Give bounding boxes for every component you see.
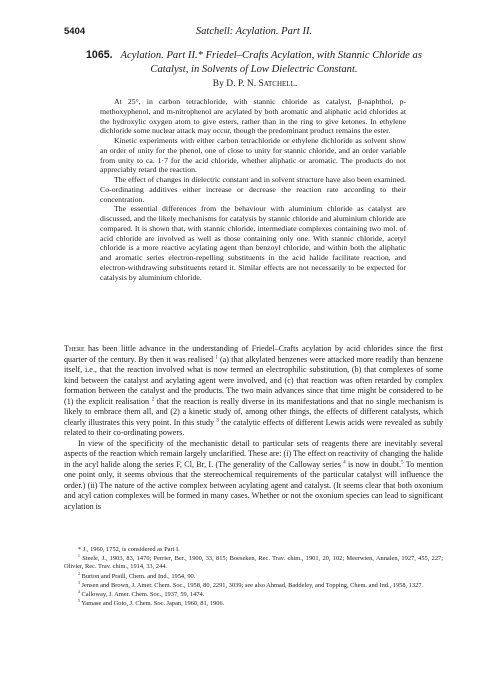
byline-prefix: By xyxy=(213,79,224,89)
lead-word: There xyxy=(64,344,85,353)
footnotes: * J., 1960, 1752, is considered as Part … xyxy=(64,546,443,609)
abstract: At 25°, in carbon tetrachloride, with st… xyxy=(100,97,406,282)
running-head: 5404 Satchell: Acylation. Part II. xyxy=(64,26,444,40)
article-title-text: Acylation. Part II.* Friedel–Crafts Acyl… xyxy=(121,50,422,75)
footnote: 3 Jensen and Brown, J. Amer. Chem. Soc.,… xyxy=(64,582,443,590)
abstract-paragraph: At 25°, in carbon tetrachloride, with st… xyxy=(100,97,406,136)
body-paragraph: There has been little advance in the und… xyxy=(64,344,443,439)
author-name: D. P. N. Satchell. xyxy=(226,79,297,89)
byline: By D. P. N. Satchell. xyxy=(0,79,500,89)
footnote: 2 Burton and Praill, Chem. and Ind., 195… xyxy=(64,573,443,581)
footnote-star: * J., 1960, 1752, is considered as Part … xyxy=(64,546,443,554)
footnote: 4 Calloway, J. Amer. Chem. Soc., 1937, 5… xyxy=(64,591,443,599)
abstract-paragraph: Kinetic experiments with either carbon t… xyxy=(100,136,406,175)
running-title: Satchell: Acylation. Part II. xyxy=(64,26,444,37)
article-title: 1065.Acylation. Part II.* Friedel–Crafts… xyxy=(70,48,438,77)
article-number: 1065. xyxy=(86,49,113,61)
body-text: There has been little advance in the und… xyxy=(64,344,443,512)
footnote: 1 Steele, J., 1903, 83, 1470; Perrier, B… xyxy=(64,555,443,571)
abstract-paragraph: The essential differences from the behav… xyxy=(100,204,406,282)
journal-page: 5404 Satchell: Acylation. Part II. 1065.… xyxy=(0,0,500,679)
body-paragraph: In view of the specificity of the mechan… xyxy=(64,439,443,513)
footnote: 5 Yamase and Goto, J. Chem. Soc. Japan, … xyxy=(64,600,443,608)
abstract-paragraph: The effect of changes in dielectric cons… xyxy=(100,175,406,204)
